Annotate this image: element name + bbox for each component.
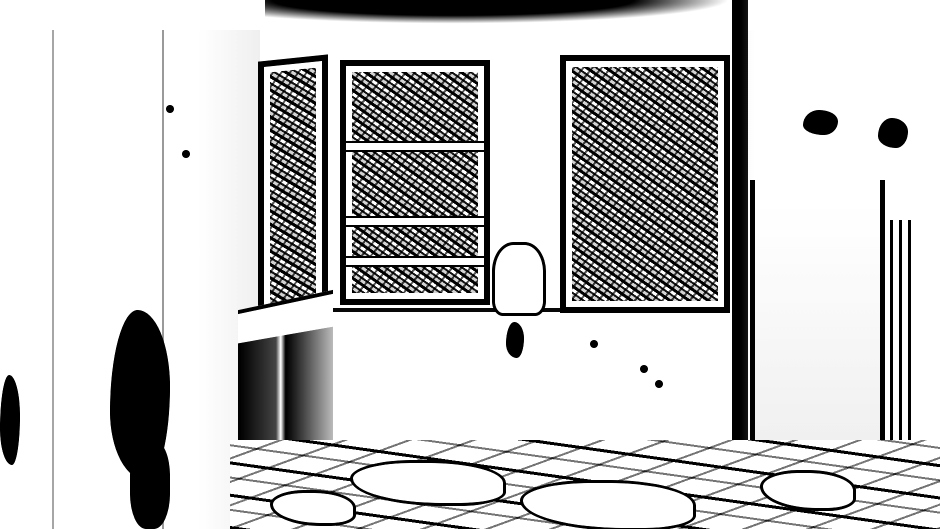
- center-window: [340, 60, 490, 305]
- wall-stain: [0, 375, 20, 465]
- wall-spot: [655, 380, 663, 388]
- side-window: [258, 54, 328, 319]
- sill-figure: [492, 242, 546, 316]
- foliage: [572, 67, 718, 301]
- back-wall-lower: [330, 308, 730, 454]
- wall-stain: [506, 322, 524, 358]
- window-mullion: [346, 216, 484, 227]
- ceiling-hole: [265, 0, 735, 24]
- abandoned-room-photo: [0, 0, 940, 529]
- doorway: [750, 180, 885, 465]
- window-mullion: [346, 141, 484, 152]
- foliage: [270, 68, 316, 307]
- wall-stain: [878, 118, 908, 148]
- wall-spot: [182, 150, 190, 158]
- right-window: [560, 55, 730, 313]
- window-mullion: [346, 256, 484, 267]
- wall-stain: [130, 440, 170, 529]
- wall-spot: [166, 105, 174, 113]
- wall-spot: [590, 340, 598, 348]
- wall-spot: [640, 365, 648, 373]
- wall-stain: [803, 110, 838, 135]
